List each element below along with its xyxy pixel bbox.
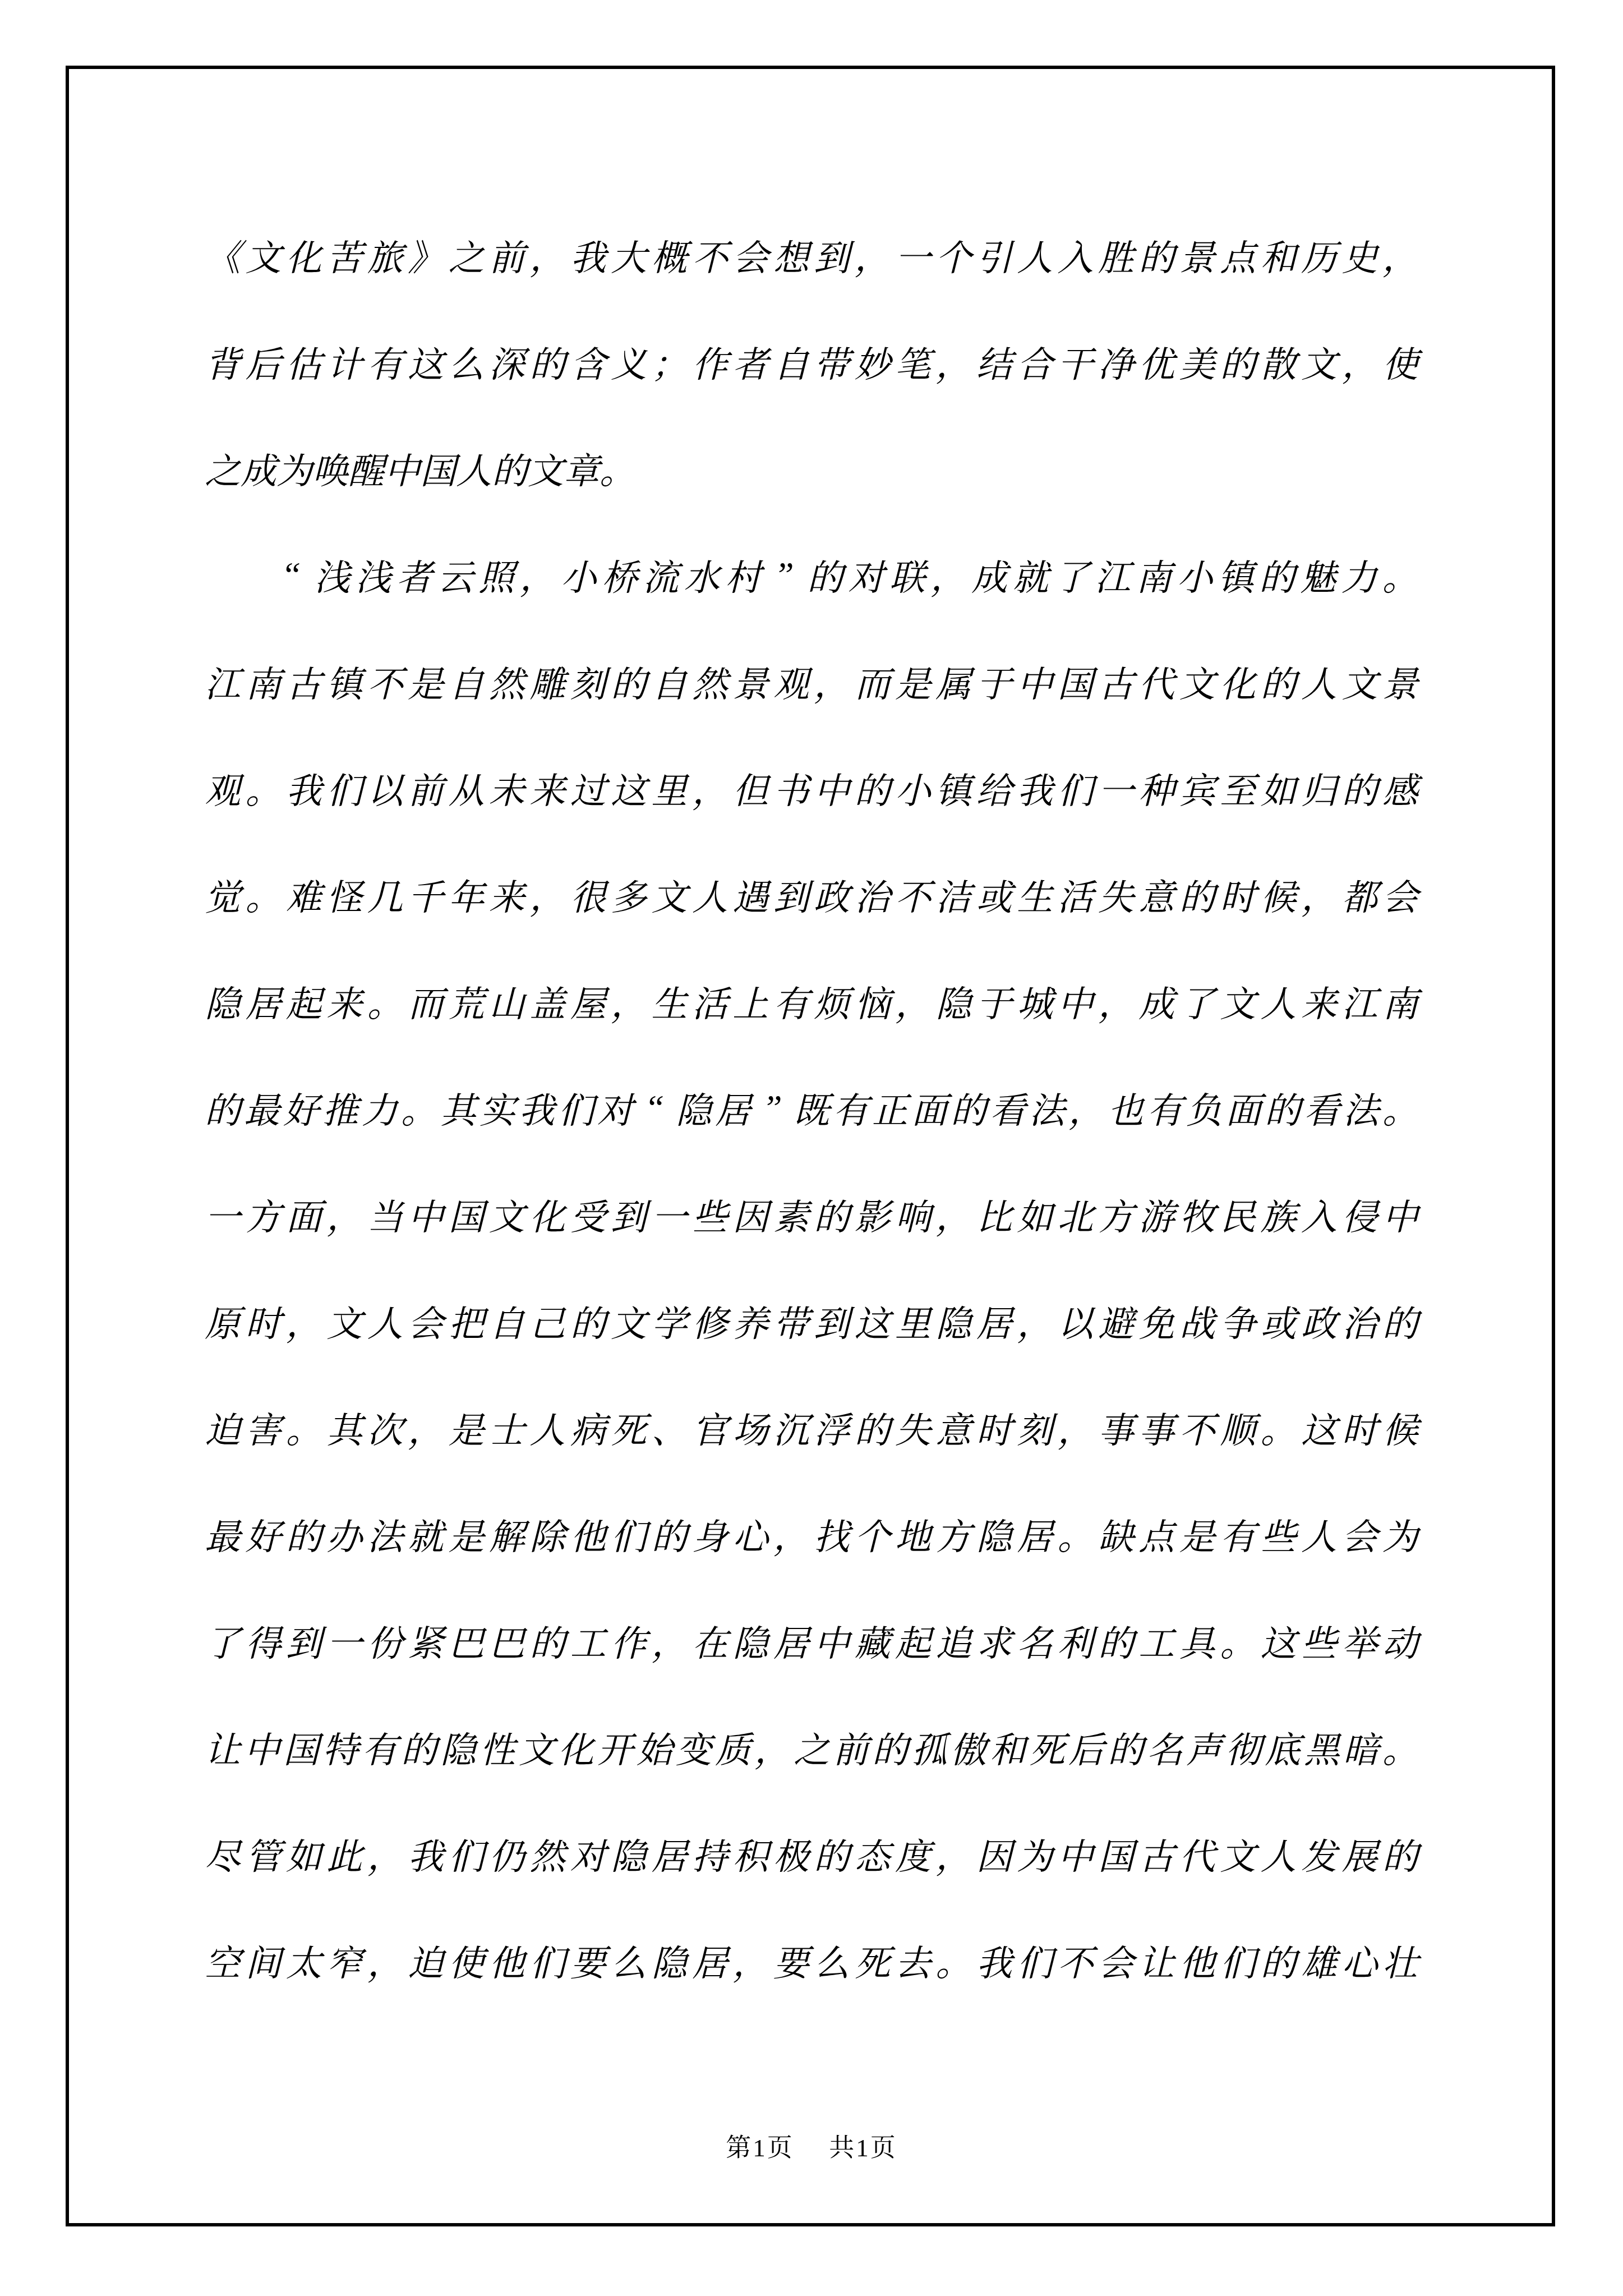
character: 带 [773,1295,809,1347]
character: 旅 [367,229,403,281]
character: 我 [408,1828,444,1880]
character: 为 [1382,1508,1418,1560]
character: 居 [692,1935,728,1986]
character: 居 [715,1082,751,1134]
text-line: 原时，文人会把自己的文学修养带到这里隐居，以避免战争或政治的 [205,1268,1418,1374]
character: ； [651,336,687,388]
character: 方 [935,1508,971,1560]
character: ， [1068,1082,1104,1134]
character: ” [766,554,802,596]
character: 死 [855,1935,891,1986]
character: ， [1341,336,1377,388]
character: 隐 [205,976,241,1027]
character: 的 [651,1508,687,1560]
character: 作 [692,336,728,388]
character: 把 [448,1295,484,1347]
character: 年 [448,869,484,921]
character: 争 [1220,1295,1256,1347]
character: 。 [245,869,281,921]
character: 紧 [408,1615,444,1667]
character: 镇 [326,656,362,707]
character: 背 [205,336,241,388]
character: 中 [814,762,850,814]
character: 自 [651,656,687,707]
character: 素 [773,1189,809,1240]
character: 浮 [814,1402,850,1453]
character: 最 [205,1508,241,1560]
character: 文 [519,1722,555,1773]
character: 么 [611,1935,647,1986]
character: ， [529,869,565,921]
character: 使 [1382,336,1418,388]
character: 他 [489,1935,525,1986]
character: 观 [773,656,809,707]
character: 具 [1179,1615,1215,1667]
character: 雕 [529,656,565,707]
character: 人 [1261,976,1297,1027]
character: 和 [1261,229,1297,281]
character: 中 [408,1189,444,1240]
character: 治 [855,869,891,921]
character: 始 [637,1722,672,1773]
character: ， [1301,869,1337,921]
character: 是 [895,656,931,707]
character: 国 [1098,1828,1134,1880]
character: 代 [1138,656,1174,707]
character: ， [895,976,931,1027]
character: 如 [1017,1189,1053,1240]
character: 份 [367,1615,403,1667]
character: 免 [1138,1295,1174,1347]
character: 间 [245,1935,281,1986]
character: 或 [1261,1295,1297,1347]
character: 如 [286,1828,322,1880]
character: 城 [1017,976,1053,1027]
character: 属 [935,656,971,707]
character: 都 [1341,869,1377,921]
character: 时 [1341,1402,1377,1453]
character: 的 [1138,229,1174,281]
character: 实 [479,1082,515,1134]
character: 了 [1054,549,1090,601]
character: 》 [408,229,444,281]
character: 举 [1341,1615,1377,1667]
character: 这 [611,762,647,814]
character: 事 [1138,1402,1174,1453]
character: 们 [1058,762,1094,814]
page-number-current: 第1页 [726,2127,794,2164]
character: 让 [205,1722,241,1773]
character: 的 [1179,869,1215,921]
character: 藏 [855,1615,891,1667]
character: 巴 [489,1615,525,1667]
character: 也 [1108,1082,1144,1134]
character: 照 [478,549,514,601]
text-line: 让中国特有的隐性文化开始变质，之前的孤傲和死后的名声彻底黑暗。 [205,1694,1418,1801]
character: 政 [1301,1295,1337,1347]
character: 的 [1382,1828,1418,1880]
character: 是 [448,1402,484,1453]
character: 入 [1301,1189,1337,1240]
character: 的 [401,1722,437,1773]
character: 几 [367,869,403,921]
character: 性 [479,1722,515,1773]
character: 比 [976,1189,1012,1240]
character: 里 [895,1295,931,1347]
character: 给 [976,762,1012,814]
character: 他 [570,1508,606,1560]
character: 其 [326,1402,362,1453]
character: 要 [570,1935,606,1986]
character: 找 [814,1508,850,1560]
character: 或 [976,869,1012,921]
character: 们 [611,1508,647,1560]
character: 生 [651,976,687,1027]
character: 太 [286,1935,322,1986]
character: 们 [529,1935,565,1986]
character: 隐 [651,1935,687,1986]
character: 里 [651,762,687,814]
character: 归 [1301,762,1337,814]
character: 因 [732,1189,768,1240]
character: 居 [976,1295,1012,1347]
character: 想 [773,229,809,281]
character: 他 [1179,1935,1215,1986]
character: 成 [241,443,276,494]
text-line: 迫害。其次，是士人病死、官场沉浮的失意时刻，事事不顺。这时候 [205,1374,1418,1481]
character: 点 [1220,229,1256,281]
character: 妙 [855,336,891,388]
character: 为 [1017,1828,1053,1880]
character: 对 [570,1828,606,1880]
text-line: 之成为唤醒中国人的文章。 [205,415,1418,522]
character: 迫 [205,1402,241,1453]
character: 上 [732,976,768,1027]
character: 中 [1058,1828,1094,1880]
character: 成 [1138,976,1174,1027]
character: 生 [1017,869,1053,921]
character: 孤 [911,1722,947,1773]
character: 法 [367,1508,403,1560]
character: 。 [245,762,281,814]
character: 的 [1382,1295,1418,1347]
character: 地 [895,1508,931,1560]
character: 文 [528,443,564,494]
character: 但 [732,762,768,814]
character: 唤 [312,443,348,494]
character: 代 [1179,1828,1215,1880]
character: 前 [489,229,525,281]
character: 和 [990,1722,1026,1773]
character: 景 [1382,656,1418,707]
character: “ [637,1087,672,1129]
character: 镇 [1218,549,1254,601]
character: 使 [448,1935,484,1986]
character: 江 [205,656,241,707]
character: 觉 [205,869,241,921]
character: 。 [600,443,635,494]
character: 带 [814,336,850,388]
character: 影 [855,1189,891,1240]
character: 仍 [489,1828,525,1880]
character: 们 [1017,1935,1053,1986]
character: 沉 [773,1402,809,1453]
character: 这 [1261,1615,1297,1667]
character: 病 [570,1402,606,1453]
character: 的 [570,1295,606,1347]
character: 缺 [1098,1508,1134,1560]
character: ， [611,976,647,1027]
character: 人 [367,1295,403,1347]
character: 管 [245,1828,281,1880]
character: 民 [1220,1189,1256,1240]
character: 不 [367,656,403,707]
character: 合 [1017,336,1053,388]
character: 成 [971,549,1007,601]
character: 么 [814,1935,850,1986]
character: 《 [205,229,241,281]
character: 有 [773,976,809,1027]
character: 宾 [1179,762,1215,814]
character: 心 [1341,1935,1377,1986]
character: 态 [855,1828,891,1880]
character: 死 [1029,1722,1065,1773]
character: 文 [1220,1828,1256,1880]
character: 的 [1261,656,1297,707]
character: 散 [1261,336,1297,388]
character: 。 [1382,1082,1418,1134]
character: 净 [1098,336,1134,388]
character: 胜 [1098,229,1134,281]
character: 展 [1341,1828,1377,1880]
character: 隐 [676,1082,712,1134]
character: 义 [611,336,647,388]
character: 些 [692,1189,728,1240]
character: 书 [773,762,809,814]
character: ， [935,336,971,388]
character: 壮 [1382,1935,1418,1986]
character: 隐 [976,1508,1012,1560]
character: 一 [651,1189,687,1240]
character: 而 [855,656,891,707]
character: 不 [692,229,728,281]
character: 雄 [1301,1935,1337,1986]
character: 的 [529,336,565,388]
character: 的 [855,762,891,814]
character: ， [1017,1295,1053,1347]
character: 概 [651,229,687,281]
character: 些 [1261,1508,1297,1560]
character: 化 [529,1189,565,1240]
character: 之 [205,443,241,494]
character: ， [692,762,728,814]
character: 的 [1220,336,1256,388]
character: 隐 [935,976,971,1027]
character: 人 [456,443,492,494]
character: 到 [814,229,850,281]
character: 其 [440,1082,476,1134]
character: 原 [205,1295,241,1347]
character: 己 [529,1295,565,1347]
character: 如 [1261,762,1297,814]
character: ， [935,1189,971,1240]
character: 村 [725,549,761,601]
character: 特 [322,1722,358,1773]
character: 化 [558,1722,594,1773]
character: 在 [692,1615,728,1667]
character: 中 [1058,976,1094,1027]
character: 盖 [529,976,565,1027]
character: 景 [1179,229,1215,281]
character: 章 [564,443,600,494]
character: 要 [773,1935,809,1986]
character: 们 [326,762,362,814]
character: 联 [889,549,925,601]
character: 动 [1382,1615,1418,1667]
character: 苦 [326,229,362,281]
character: 的 [1108,1722,1144,1773]
character: 醒 [348,443,384,494]
character: ， [754,1722,790,1773]
character: 士 [489,1402,525,1453]
document-body: 《文化苦旅》之前，我大概不会想到，一个引人入胜的景点和历史，背后估计有这么深的含… [205,202,1418,2014]
character: 傲 [951,1722,986,1773]
character: ， [367,1935,403,1986]
character: 前 [833,1722,869,1773]
character: 积 [732,1828,768,1880]
character: 发 [1301,1828,1337,1880]
character: 国 [420,443,456,494]
character: 有 [833,1082,869,1134]
character: 。 [1382,1722,1418,1773]
character: 文 [326,1295,362,1347]
character: 追 [935,1615,971,1667]
character: 战 [1179,1295,1215,1347]
character: 镇 [935,762,971,814]
text-line: 的最好推力。其实我们对“隐居”既有正面的看法，也有负面的看法。 [205,1055,1418,1161]
character: ， [520,549,556,601]
text-line: 空间太窄，迫使他们要么隐居，要么死去。我们不会让他们的雄心壮 [205,1907,1418,2014]
character: 过 [570,762,606,814]
character: 优 [1138,336,1174,388]
character: 黑 [1304,1722,1340,1773]
character: 于 [976,656,1012,707]
character: 人 [1017,229,1053,281]
character: 为 [276,443,312,494]
text-line: 背后估计有这么深的含义；作者自带妙笔，结合干净优美的散文，使 [205,309,1418,415]
character: 魅 [1300,549,1336,601]
character: 意 [935,1402,971,1453]
character: 而 [408,976,444,1027]
character: 南 [1382,976,1418,1027]
text-line: 最好的办法就是解除他们的身心，找个地方隐居。缺点是有些人会为 [205,1481,1418,1588]
character: 求 [976,1615,1012,1667]
character: 化 [1220,656,1256,707]
character: 持 [692,1828,728,1880]
character: 到 [773,869,809,921]
character: 。 [935,1935,971,1986]
character: 历 [1301,229,1337,281]
character: ， [367,1828,403,1880]
character: 身 [692,1508,728,1560]
character: 烦 [814,976,850,1027]
character: 居 [1017,1508,1053,1560]
character: 居 [245,976,281,1027]
character: 好 [245,1508,281,1560]
character: ， [651,1615,687,1667]
character: 千 [408,869,444,921]
character: 的 [286,1508,322,1560]
character: 们 [1220,1935,1256,1986]
character: 之 [794,1722,829,1773]
character: 中 [384,443,420,494]
character: 文 [611,1295,647,1347]
character: 南 [245,656,281,707]
character: 到 [814,1295,850,1347]
character: 一 [205,1189,241,1240]
character: 的 [807,549,843,601]
character: 负 [1186,1082,1222,1134]
character: 会 [408,1295,444,1347]
character: 此 [326,1828,362,1880]
character: 文 [489,1189,525,1240]
document-page: 《文化苦旅》之前，我大概不会想到，一个引人入胜的景点和历史，背后估计有这么深的含… [0,0,1623,2296]
character: 既 [794,1082,829,1134]
character: ， [1382,229,1418,281]
character: 修 [692,1295,728,1347]
character: 的 [205,1082,241,1134]
character: 人 [1261,1828,1297,1880]
character: 暗 [1343,1722,1379,1773]
character: 政 [814,869,850,921]
character: 来 [529,762,565,814]
character: 是 [1179,1508,1215,1560]
character: 。 [1220,1615,1256,1667]
character: 法 [1029,1082,1065,1134]
character: 的 [611,656,647,707]
character: 到 [611,1189,647,1240]
character: 工 [570,1615,606,1667]
character: 深 [489,336,525,388]
character: 从 [448,762,484,814]
character: 人 [1301,1508,1337,1560]
character: 受 [570,1189,606,1240]
character: 声 [1186,1722,1222,1773]
character: 荒 [448,976,484,1027]
character: 就 [1013,549,1049,601]
character: 江 [1095,549,1131,601]
character: 窄 [326,1935,362,1986]
character: ， [1058,1402,1094,1453]
character: 国 [283,1722,319,1773]
character: 我 [976,1935,1012,1986]
character: ， [286,1295,322,1347]
character: 的 [855,1402,891,1453]
character: 文 [1220,976,1256,1027]
character: 怪 [326,869,362,921]
character: 然 [692,656,728,707]
character: 多 [611,869,647,921]
character: 会 [1341,1508,1377,1560]
character: 桥 [602,549,638,601]
character: 得 [245,1615,281,1667]
character: ， [855,229,891,281]
character: 自 [489,1295,525,1347]
character: 最 [244,1082,280,1134]
character: 古 [286,656,322,707]
character: 去 [895,1935,931,1986]
character: 有 [367,336,403,388]
